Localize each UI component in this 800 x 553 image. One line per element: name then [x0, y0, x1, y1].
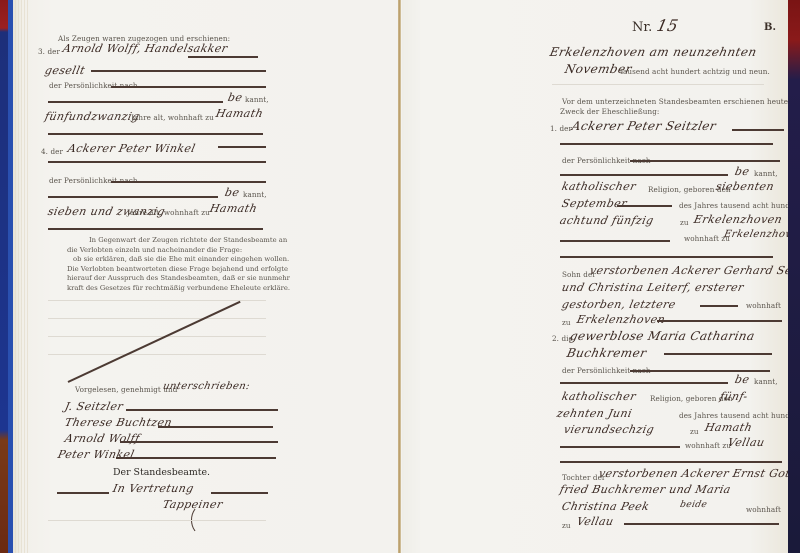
witness3-name: Arnold Wolff, Handelsakker	[62, 42, 229, 55]
record-number-prefix: Nr.	[632, 20, 652, 35]
book-binding-right	[788, 0, 800, 553]
rule	[700, 305, 738, 307]
bride-name: gewerblose Maria Catharina	[569, 329, 757, 343]
rule	[560, 446, 680, 448]
groom-birth-month: September	[561, 197, 629, 210]
blank-line	[552, 84, 764, 85]
blank-line	[48, 520, 266, 521]
ceremony-line: ob sie erklären, daß sie die Ehe mit ein…	[67, 255, 290, 265]
groom-known-label: kannt,	[754, 169, 778, 178]
signature-4: Peter Winkel	[57, 448, 136, 461]
date-year-text: tausend acht hundert achtzig und neun.	[620, 67, 770, 76]
groom-parents-line-1: verstorbenen Ackerer Gerhard Seitzler	[589, 264, 788, 277]
ceremony-line: die Verlobten einzeln und nacheinander d…	[67, 246, 290, 256]
rule	[48, 101, 223, 103]
bride-residence: Vellau	[727, 436, 766, 449]
record-number: 15	[655, 16, 680, 35]
rule	[116, 457, 276, 459]
blank-line	[48, 354, 266, 355]
bride-name-cont: Buchkremer	[566, 346, 648, 360]
rule	[158, 426, 273, 428]
witness4-known: be	[224, 186, 241, 199]
witness3-residence: Hamath	[215, 107, 265, 120]
groom-birthplace: Erkelenzhoven	[693, 213, 784, 226]
bride-year-label: des Jahres tausend acht hundert	[679, 411, 788, 420]
bride-parents-residence: Vellau	[576, 515, 615, 528]
rule	[664, 353, 772, 355]
rule	[560, 256, 773, 258]
rule	[630, 160, 780, 162]
rule	[211, 492, 268, 494]
bride-parents-line-2: fried Buchkremer und Maria	[559, 483, 732, 496]
rule	[560, 174, 728, 176]
rule	[48, 196, 218, 198]
rule	[657, 320, 782, 322]
ceremony-line: Die Verlobten beantworteten diese Frage …	[67, 265, 290, 275]
groom-parents-line-2: und Christina Leiterf, ersterer	[561, 281, 745, 294]
intro-line-2: Zweck der Eheschließung:	[560, 107, 659, 116]
strike-through-line	[68, 301, 241, 383]
bride-birthplace: Hamath	[704, 421, 754, 434]
groom-parents-line-3: gestorben, letztere	[561, 298, 677, 311]
witness4-known-label: kannt,	[243, 190, 267, 199]
rule	[120, 441, 278, 443]
witness4-name: Ackerer Peter Winkel	[67, 142, 197, 155]
bride-birth-month: zehnten Juni	[556, 407, 634, 420]
page-edges	[15, 0, 29, 553]
bride-religion: katholischer	[561, 390, 638, 403]
groom-parents-residence-prefix: zu	[562, 318, 571, 327]
groom-residence: Erkelenzhoven	[723, 229, 788, 240]
witness4-residence: Hamath	[209, 202, 259, 215]
bride-known-label: kannt,	[754, 377, 778, 386]
groom-birth-day: siebenten	[715, 180, 776, 193]
bride-known: be	[734, 373, 751, 386]
signature-3: Arnold Wolff	[64, 432, 141, 445]
bride-birth-year: vierundsechzig	[563, 423, 656, 436]
ceremony-line: kraft des Gesetzes für rechtmäßig verbun…	[67, 284, 290, 294]
rule	[560, 461, 782, 463]
book-gutter	[398, 0, 401, 553]
blank-line	[48, 300, 266, 301]
intro-line-1: Vor dem unterzeichneten Standesbeamten e…	[562, 97, 788, 106]
register-letter: B.	[764, 22, 776, 33]
groom-parents-residence-label: wohnhaft	[746, 301, 781, 310]
witness3-name-cont: gesellt	[44, 64, 87, 77]
bride-residence-label: wohnhaft zu	[685, 441, 731, 450]
rule	[48, 161, 266, 163]
rule	[560, 143, 773, 145]
bride-parents-line-3: Christina Peek	[561, 500, 651, 513]
rule	[111, 181, 266, 183]
rule	[732, 129, 784, 131]
rule	[560, 240, 670, 242]
groom-parents-residence: Erkelenzhoven	[576, 313, 667, 326]
blank-line	[48, 318, 266, 319]
rule	[111, 86, 266, 88]
rule	[617, 205, 672, 207]
witness3-known: be	[227, 91, 244, 104]
rule	[624, 523, 779, 525]
rule	[57, 492, 109, 494]
ceremony-line: In Gegenwart der Zeugen richtete der Sta…	[67, 236, 290, 246]
read-hand: unterschrieben:	[162, 381, 251, 392]
bride-birth-day: fünf-	[719, 390, 749, 403]
witness4-prefix: 4. der	[41, 147, 63, 156]
groom-year-label: des Jahres tausend acht hundert	[679, 201, 788, 210]
blank-line	[48, 336, 266, 337]
official-hand-1: In Vertretung	[112, 482, 195, 495]
rule	[126, 409, 278, 411]
bride-birthplace-label: zu	[690, 427, 699, 436]
left-page: Als Zeugen waren zugezogen und erschiene…	[13, 0, 402, 553]
witness3-age-label: Jahre alt, wohnhaft zu	[131, 113, 214, 122]
groom-known: be	[734, 165, 751, 178]
groom-birthplace-label: zu	[680, 218, 689, 227]
rule	[188, 56, 258, 58]
groom-name: Ackerer Peter Seitzler	[571, 119, 718, 133]
rule	[630, 370, 770, 372]
signature-2: Therese Buchtzen	[64, 416, 174, 429]
groom-prefix: 1. der	[550, 124, 572, 133]
date-place-hand: Erkelenzhoven am neunzehnten	[549, 45, 759, 59]
ceremony-line: hierauf der Ausspruch des Standesbeamten…	[67, 274, 290, 284]
rule	[218, 146, 266, 148]
signature-1: J. Seitzler	[64, 400, 125, 413]
groom-religion: katholischer	[561, 180, 638, 193]
rule	[91, 70, 266, 72]
witness3-age: fünfundzwanzig	[44, 110, 141, 123]
groom-birth-year: achtund fünfzig	[559, 214, 655, 227]
witness3-known-label: kannt,	[245, 95, 269, 104]
bride-parents-residence-label: wohnhaft	[746, 505, 781, 514]
rule	[560, 382, 728, 384]
rule	[48, 133, 263, 135]
bride-parents-residence-prefix: zu	[562, 521, 571, 530]
rule	[48, 228, 263, 230]
official-title: Der Standesbeamte.	[113, 467, 210, 478]
witness4-age-label: Jahre alt, wohnhaft zu	[127, 208, 210, 217]
witness3-prefix: 3. der	[38, 47, 60, 56]
ceremony-text: In Gegenwart der Zeugen richtete der Sta…	[67, 236, 290, 294]
right-page: Nr. 15 B. Erkelenzhoven am neunzehnten N…	[402, 0, 788, 553]
bride-parents-extra: beide	[679, 500, 708, 510]
bride-parents-line-1: verstorbenen Ackerer Ernst Gott-	[598, 467, 788, 480]
